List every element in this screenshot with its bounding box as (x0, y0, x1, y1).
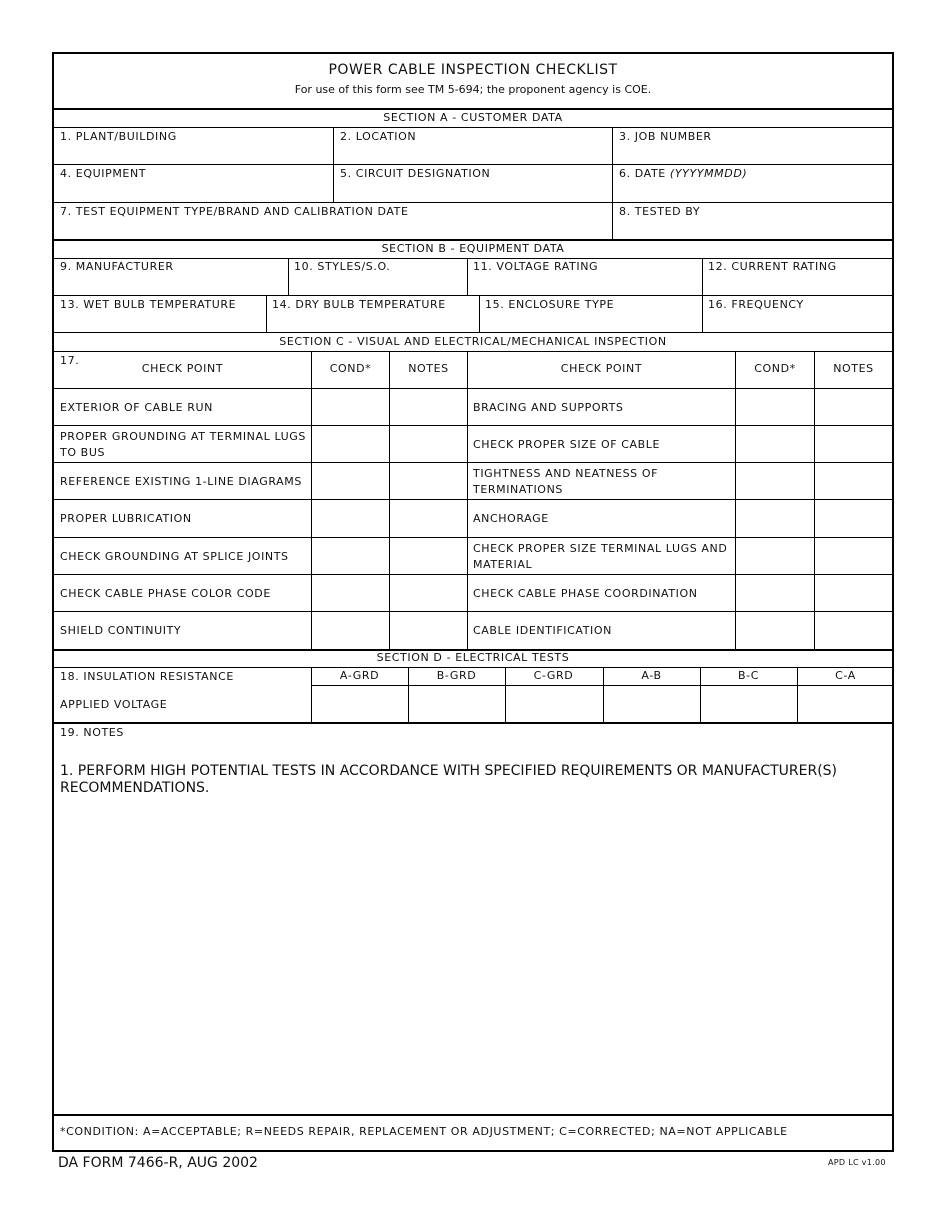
frequency-field[interactable]: 16. FREQUENCY (703, 296, 892, 332)
notes-text: 1. PERFORM HIGH POTENTIAL TESTS IN ACCOR… (60, 763, 892, 797)
current-rating-field[interactable]: 12. CURRENT RATING (703, 259, 892, 295)
frequency-label: 16. FREQUENCY (708, 298, 804, 311)
insulation-resistance-label: 18. INSULATION RESISTANCE (60, 670, 234, 683)
check-point-label: CHECK CABLE PHASE COLOR CODE (60, 575, 308, 612)
check-point-label: CABLE IDENTIFICATION (473, 612, 733, 649)
check-point-label: SHIELD CONTINUITY (60, 612, 308, 649)
enclosure-type-label: 15. ENCLOSURE TYPE (485, 298, 614, 311)
form-subtitle: For use of this form see TM 5-694; the p… (52, 83, 894, 96)
notes-input[interactable] (815, 426, 892, 462)
divider (52, 667, 894, 668)
cond-input[interactable] (736, 389, 814, 425)
wet-bulb-field[interactable]: 13. WET BULB TEMPERATURE (54, 296, 266, 332)
cond-input[interactable] (736, 463, 814, 499)
notes-input[interactable] (815, 500, 892, 536)
voltage-rating-field[interactable]: 11. VOLTAGE RATING (468, 259, 702, 295)
notes-input[interactable] (390, 389, 467, 425)
notes-label: 19. NOTES (60, 726, 124, 739)
cond-input[interactable] (312, 463, 389, 499)
plant-building-label: 1. PLANT/BUILDING (60, 130, 177, 143)
check-point-label: REFERENCE EXISTING 1-LINE DIAGRAMS (60, 463, 308, 500)
section-d-heading: SECTION D - ELECTRICAL TESTS (52, 651, 894, 664)
form-version: APD LC v1.00 (828, 1158, 886, 1167)
test-value-input[interactable] (604, 686, 700, 722)
dry-bulb-field[interactable]: 14. DRY BULB TEMPERATURE (267, 296, 479, 332)
notes-area[interactable] (54, 742, 892, 1114)
test-column-header: B-GRD (408, 669, 505, 682)
check-point-label: CHECK CABLE PHASE COORDINATION (473, 575, 733, 612)
section-b-heading: SECTION B - EQUIPMENT DATA (52, 242, 894, 255)
test-column-header: C-GRD (505, 669, 602, 682)
divider (52, 108, 894, 110)
divider (52, 239, 894, 241)
cond-input[interactable] (736, 426, 814, 462)
job-number-field[interactable]: 3. JOB NUMBER (613, 128, 892, 164)
notes-input[interactable] (390, 500, 467, 536)
divider (467, 351, 468, 649)
cond-header-right: COND* (736, 362, 814, 375)
date-format-hint: (YYYYMMDD) (670, 167, 747, 180)
test-column-header: A-GRD (311, 669, 408, 682)
divider (52, 332, 894, 333)
styles-so-field[interactable]: 10. STYLES/S.O. (289, 259, 467, 295)
test-value-input[interactable] (409, 686, 505, 722)
cond-input[interactable] (736, 575, 814, 611)
circuit-designation-field[interactable]: 5. CIRCUIT DESIGNATION (334, 165, 612, 202)
dry-bulb-label: 14. DRY BULB TEMPERATURE (272, 298, 446, 311)
notes-input[interactable] (390, 426, 467, 462)
enclosure-type-field[interactable]: 15. ENCLOSURE TYPE (480, 296, 702, 332)
location-label: 2. LOCATION (340, 130, 416, 143)
section-c-heading: SECTION C - VISUAL AND ELECTRICAL/MECHAN… (52, 335, 894, 348)
cond-input[interactable] (312, 575, 389, 611)
check-point-label: CHECK PROPER SIZE OF CABLE (473, 426, 733, 463)
circuit-designation-label: 5. CIRCUIT DESIGNATION (340, 167, 490, 180)
notes-input[interactable] (390, 575, 467, 611)
date-field[interactable]: 6. DATE (YYYYMMDD) (613, 165, 892, 202)
test-value-input[interactable] (798, 686, 894, 722)
check-point-label: CHECK PROPER SIZE TERMINAL LUGS AND MATE… (473, 538, 733, 575)
test-column-header: B-C (700, 669, 797, 682)
test-column-header: C-A (797, 669, 894, 682)
equipment-field[interactable]: 4. EQUIPMENT (54, 165, 333, 202)
form-title: POWER CABLE INSPECTION CHECKLIST (52, 62, 894, 78)
plant-building-field[interactable]: 1. PLANT/BUILDING (54, 128, 333, 164)
applied-voltage-label: APPLIED VOLTAGE (60, 698, 167, 711)
condition-legend: *CONDITION: A=ACCEPTABLE; R=NEEDS REPAIR… (60, 1125, 788, 1138)
notes-input[interactable] (390, 463, 467, 499)
job-number-label: 3. JOB NUMBER (619, 130, 712, 143)
notes-input[interactable] (390, 612, 467, 648)
notes-input[interactable] (815, 612, 892, 648)
cond-input[interactable] (736, 500, 814, 536)
check-point-label: TIGHTNESS AND NEATNESS OF TERMINATIONS (473, 463, 733, 500)
notes-input[interactable] (815, 575, 892, 611)
notes-input[interactable] (815, 389, 892, 425)
check-point-label: ANCHORAGE (473, 500, 733, 537)
test-value-input[interactable] (506, 686, 602, 722)
cond-input[interactable] (312, 500, 389, 536)
notes-input[interactable] (815, 538, 892, 574)
styles-so-label: 10. STYLES/S.O. (294, 260, 390, 273)
voltage-rating-label: 11. VOLTAGE RATING (473, 260, 598, 273)
divider (52, 351, 894, 352)
cond-input[interactable] (312, 389, 389, 425)
tested-by-field[interactable]: 8. TESTED BY (613, 203, 892, 239)
section-a-heading: SECTION A - CUSTOMER DATA (52, 111, 894, 124)
equipment-label: 4. EQUIPMENT (60, 167, 146, 180)
test-equipment-field[interactable]: 7. TEST EQUIPMENT TYPE/BRAND AND CALIBRA… (54, 203, 612, 239)
test-value-input[interactable] (312, 686, 408, 722)
date-label: 6. DATE (619, 167, 666, 180)
location-field[interactable]: 2. LOCATION (334, 128, 612, 164)
tested-by-label: 8. TESTED BY (619, 205, 700, 218)
cond-input[interactable] (736, 612, 814, 648)
check-point-label: EXTERIOR OF CABLE RUN (60, 389, 308, 426)
check-point-header-left: CHECK POINT (54, 362, 311, 375)
current-rating-label: 12. CURRENT RATING (708, 260, 837, 273)
cond-input[interactable] (312, 426, 389, 462)
check-point-label: PROPER LUBRICATION (60, 500, 308, 537)
divider (52, 722, 894, 724)
cond-input[interactable] (736, 538, 814, 574)
cond-input[interactable] (312, 538, 389, 574)
check-point-label: BRACING AND SUPPORTS (473, 389, 733, 426)
wet-bulb-label: 13. WET BULB TEMPERATURE (60, 298, 236, 311)
notes-input[interactable] (815, 463, 892, 499)
cond-input[interactable] (312, 612, 389, 648)
check-point-label: CHECK GROUNDING AT SPLICE JOINTS (60, 538, 308, 575)
notes-header-left: NOTES (390, 362, 467, 375)
notes-header-right: NOTES (815, 362, 892, 375)
notes-input[interactable] (390, 538, 467, 574)
test-column-header: A-B (603, 669, 700, 682)
divider (52, 1114, 894, 1116)
check-point-header-right: CHECK POINT (468, 362, 735, 375)
manufacturer-label: 9. MANUFACTURER (60, 260, 174, 273)
form-number: DA FORM 7466-R, AUG 2002 (58, 1155, 258, 1171)
cond-header-left: COND* (312, 362, 389, 375)
check-point-label: PROPER GROUNDING AT TERMINAL LUGS TO BUS (60, 426, 308, 463)
test-equipment-label: 7. TEST EQUIPMENT TYPE/BRAND AND CALIBRA… (60, 205, 409, 218)
manufacturer-field[interactable]: 9. MANUFACTURER (54, 259, 288, 295)
test-value-input[interactable] (701, 686, 797, 722)
